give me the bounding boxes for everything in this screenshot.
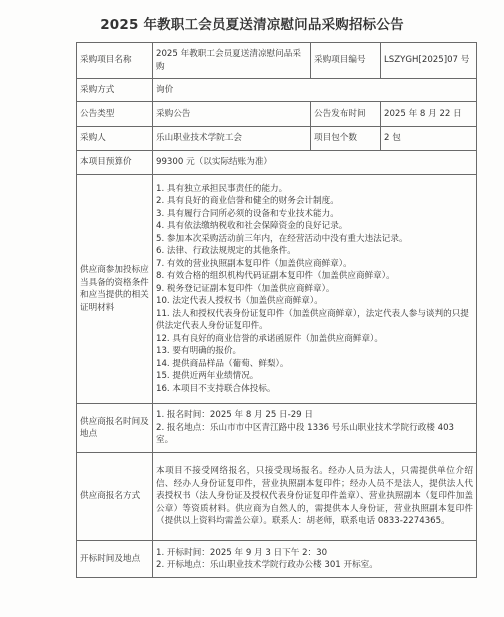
label-registration-method: 供应商报名方式 <box>77 453 153 541</box>
row-registration-time: 供应商报名时间及地点 1. 报名时间：2025 年 8 月 25 日-29 日 … <box>77 404 477 453</box>
value-publish-date: 2025 年 8 月 22 日 <box>381 102 477 127</box>
qualification-item: 15. 提供近两年业绩情况。 <box>156 370 473 383</box>
qualification-item: 2. 具有良好的商业信誉和健全的财务会计制度。 <box>156 195 473 208</box>
label-registration-time: 供应商报名时间及地点 <box>77 404 153 453</box>
label-project-number: 采购项目编号 <box>311 43 381 79</box>
bid-opening-list: 1. 开标时间：2025 年 9 月 3 日下午 2：30 2. 开标地点：乐山… <box>153 541 477 578</box>
qualification-item: 7. 有效的营业执照副本复印件（加盖供应商鲜章）。 <box>156 258 473 271</box>
qualification-item: 14. 提供商品样品（葡萄、鲜梨）。 <box>156 358 473 371</box>
label-notice-type: 公告类型 <box>77 102 153 127</box>
document-title: 2025 年教职工会员夏送清凉慰问品采购招标公告 <box>0 13 504 33</box>
label-qualifications: 供应商参加投标应当具备的资格条件和应当提供的相关证明材料 <box>77 175 153 404</box>
qualification-item: 12. 具有良好的商业信誉的承诺函原件（加盖供应商鲜章）。 <box>156 333 473 346</box>
label-purchaser: 采购人 <box>77 127 153 151</box>
value-budget: 99300 元（以实际结账为准） <box>153 151 477 175</box>
value-method: 询价 <box>153 79 477 102</box>
qualification-item: 9. 税务登记证副本复印件（加盖供应商鲜章）。 <box>156 283 473 296</box>
bid-opening-time: 1. 开标时间：2025 年 9 月 3 日下午 2：30 <box>156 547 473 560</box>
label-package-count: 项目包个数 <box>311 127 381 151</box>
value-notice-type: 采购公告 <box>153 102 311 127</box>
row-bid-opening: 开标时间及地点 1. 开标时间：2025 年 9 月 3 日下午 2：30 2.… <box>77 541 477 578</box>
registration-location-item: 2. 报名地点：乐山市市中区青江路中段 1336 号乐山职业技术学院行政楼 40… <box>156 422 473 447</box>
row-qualifications: 供应商参加投标应当具备的资格条件和应当提供的相关证明材料 1. 具有独立承担民事… <box>77 175 477 404</box>
qualification-item: 8. 有效合格的组织机构代码证副本复印件（加盖供应商鲜章）。 <box>156 270 473 283</box>
label-method: 采购方式 <box>77 79 153 102</box>
qualifications-list: 1. 具有独立承担民事责任的能力。 2. 具有良好的商业信誉和健全的财务会计制度… <box>153 175 477 404</box>
label-publish-date: 公告发布时间 <box>311 102 381 127</box>
row-method: 采购方式 询价 <box>77 79 477 102</box>
row-project-name: 采购项目名称 2025 年教职工会员夏送清凉慰问品采购 采购项目编号 LSZYG… <box>77 43 477 79</box>
row-purchaser: 采购人 乐山职业技术学院工会 项目包个数 2 包 <box>77 127 477 151</box>
qualification-item: 5. 参加本次采购活动前三年内，在经营活动中没有重大违法记录。 <box>156 233 473 246</box>
value-project-name: 2025 年教职工会员夏送清凉慰问品采购 <box>153 43 311 79</box>
row-notice-type: 公告类型 采购公告 公告发布时间 2025 年 8 月 22 日 <box>77 102 477 127</box>
qualification-item: 11. 法人和授权代表身份证复印件（加盖供应商鲜章），法定代表人参与谈判的只提供… <box>156 308 473 333</box>
value-package-count: 2 包 <box>381 127 477 151</box>
value-purchaser: 乐山职业技术学院工会 <box>153 127 311 151</box>
registration-time-item: 1. 报名时间：2025 年 8 月 25 日-29 日 <box>156 409 473 422</box>
qualification-item: 10. 法定代表人授权书（加盖供应商鲜章）。 <box>156 295 473 308</box>
qualification-item: 4. 具有依法缴纳税收和社会保障资金的良好记录。 <box>156 220 473 233</box>
registration-time-list: 1. 报名时间：2025 年 8 月 25 日-29 日 2. 报名地点：乐山市… <box>153 404 477 453</box>
value-registration-method: 本项目不接受网络报名，只接受现场报名。经办人员为法人，只需提供单位介绍信、经办人… <box>153 453 477 541</box>
qualification-item: 3. 具有履行合同所必须的设备和专业技术能力。 <box>156 208 473 221</box>
bid-opening-location: 2. 开标地点：乐山职业技术学院行政办公楼 301 开标室。 <box>156 559 473 572</box>
label-budget: 本项目预算价 <box>77 151 153 175</box>
row-budget: 本项目预算价 99300 元（以实际结账为准） <box>77 151 477 175</box>
label-project-name: 采购项目名称 <box>77 43 153 79</box>
row-registration-method: 供应商报名方式 本项目不接受网络报名，只接受现场报名。经办人员为法人，只需提供单… <box>77 453 477 541</box>
qualification-item: 13. 要有明确的报价。 <box>156 345 473 358</box>
qualification-item: 1. 具有独立承担民事责任的能力。 <box>156 183 473 196</box>
qualification-item: 6. 法律、行政法规规定的其他条件。 <box>156 245 473 258</box>
label-bid-opening: 开标时间及地点 <box>77 541 153 578</box>
qualification-item: 16. 本项目不支持联合体投标。 <box>156 383 473 396</box>
value-project-number: LSZYGH[2025]07 号 <box>381 43 477 79</box>
procurement-table: 采购项目名称 2025 年教职工会员夏送清凉慰问品采购 采购项目编号 LSZYG… <box>76 42 477 578</box>
